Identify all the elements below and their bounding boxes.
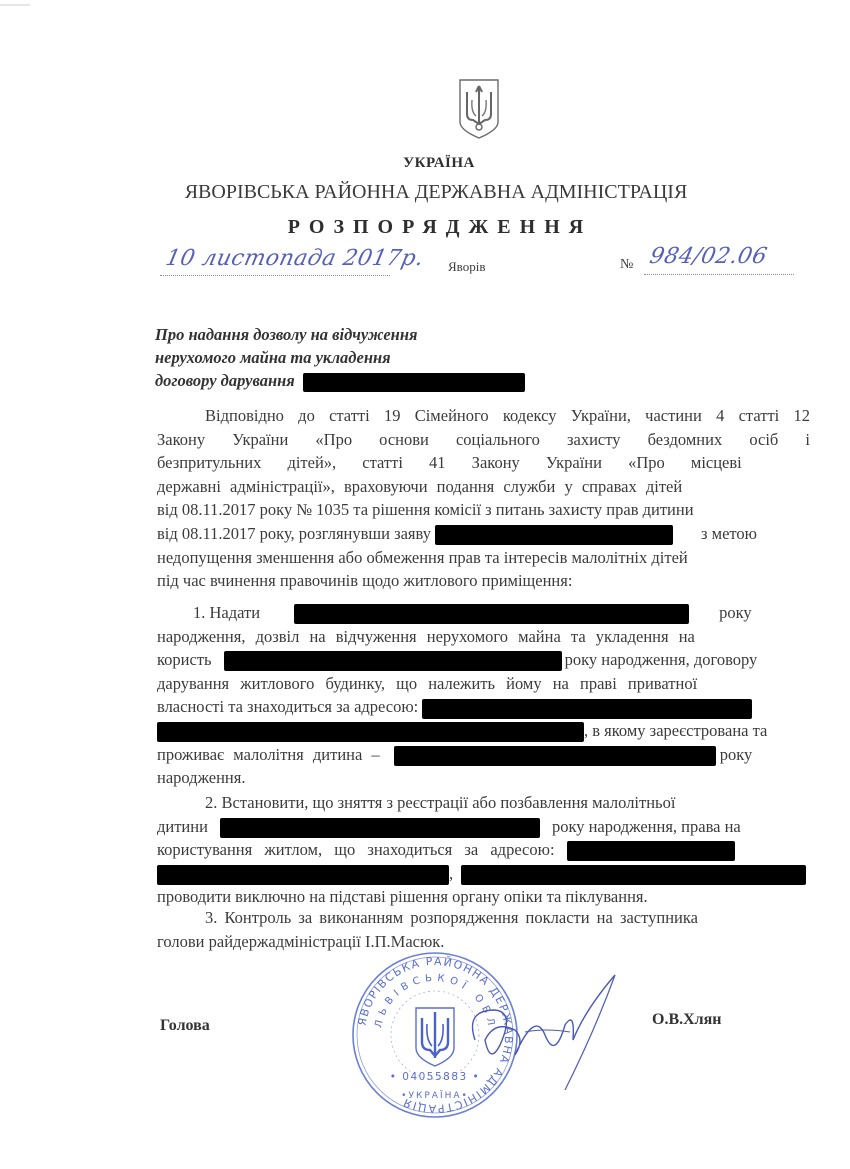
redaction-block xyxy=(157,722,584,742)
intro-paragraph: Відповідно до статті 19 Сімейного кодекс… xyxy=(157,404,810,593)
administration-heading: ЯВОРІВСЬКА РАЙОННА ДЕРЖАВНА АДМІНІСТРАЦІ… xyxy=(0,181,850,204)
text-line: 3. Контроль за виконанням розпорядження … xyxy=(157,906,810,930)
number-sign: № xyxy=(620,257,633,273)
text-line: користування житлом, що знаходиться за а… xyxy=(157,838,810,862)
text-line: , xyxy=(157,862,810,886)
item-1-paragraph: 1. Надатироку народження, дозвіл на відч… xyxy=(157,601,810,790)
signatory-name: О.В.Хлян xyxy=(652,1011,722,1029)
coat-of-arms-icon xyxy=(458,78,500,140)
text-line: проживає малолітня дитина –року xyxy=(157,743,810,767)
subject-line: нерухомого майна та укладення xyxy=(155,346,525,369)
text-line: , в якому зареєстрована та xyxy=(157,719,810,743)
text-line: Відповідно до статті 19 Сімейного кодекс… xyxy=(157,404,810,428)
redaction-block xyxy=(157,865,449,885)
text-line: Закону України «Про основи соціального з… xyxy=(157,428,810,452)
text-line: від 08.11.2017 року, розглянувши заявуз … xyxy=(157,522,810,546)
redaction-block xyxy=(220,818,540,838)
redaction-block xyxy=(422,699,752,719)
text-line: власності та знаходиться за адресою: xyxy=(157,695,810,719)
redaction-block xyxy=(461,865,806,885)
city-label: Яворів xyxy=(448,259,485,275)
item-2-paragraph: 2. Встановити, що зняття з реєстрації аб… xyxy=(157,791,810,909)
text-line: під час вчинення правочинів щодо житлово… xyxy=(157,569,810,593)
handwritten-number: 984/02.06 xyxy=(647,244,769,269)
text-line: дитинироку народження, права на xyxy=(157,815,810,839)
redaction-block xyxy=(224,651,562,671)
text-line: 1. Надатироку xyxy=(157,601,810,625)
subject-line: договору дарування xyxy=(155,369,525,392)
redaction-block xyxy=(303,373,525,392)
subject-block: Про надання дозволу на відчуження нерухо… xyxy=(155,323,525,392)
handwritten-date: 10 листопада 2017р. xyxy=(163,246,426,271)
redaction-block xyxy=(294,604,689,624)
subject-line: Про надання дозволу на відчуження xyxy=(155,323,525,346)
redaction-block xyxy=(567,841,735,861)
text-line: народження. xyxy=(157,766,810,790)
scan-edge-mark xyxy=(0,4,30,6)
text-line: безпритульних дітей», статті 41 Закону У… xyxy=(157,451,810,475)
text-line: користьроку народження, договору xyxy=(157,648,810,672)
text-line: від 08.11.2017 року № 1035 та рішення ко… xyxy=(157,498,810,522)
text-line: 2. Встановити, що зняття з реєстрації аб… xyxy=(157,791,810,815)
text-line: дарування житлового будинку, що належить… xyxy=(157,672,810,696)
signature-autograph xyxy=(455,970,625,1100)
text-line: недопущення зменшення або обмеження прав… xyxy=(157,546,810,570)
text-line: народження, дозвіл на відчуження нерухом… xyxy=(157,625,810,649)
item-3-paragraph: 3. Контроль за виконанням розпорядження … xyxy=(157,906,810,953)
signatory-title: Голова xyxy=(160,1017,210,1035)
redaction-block xyxy=(394,746,716,766)
text-line: державні адміністрації», враховуючи пода… xyxy=(157,475,810,499)
country-heading: УКРАЇНА xyxy=(0,155,850,172)
redaction-block xyxy=(435,525,673,545)
document-type-heading: РОЗПОРЯДЖЕННЯ xyxy=(0,216,850,239)
